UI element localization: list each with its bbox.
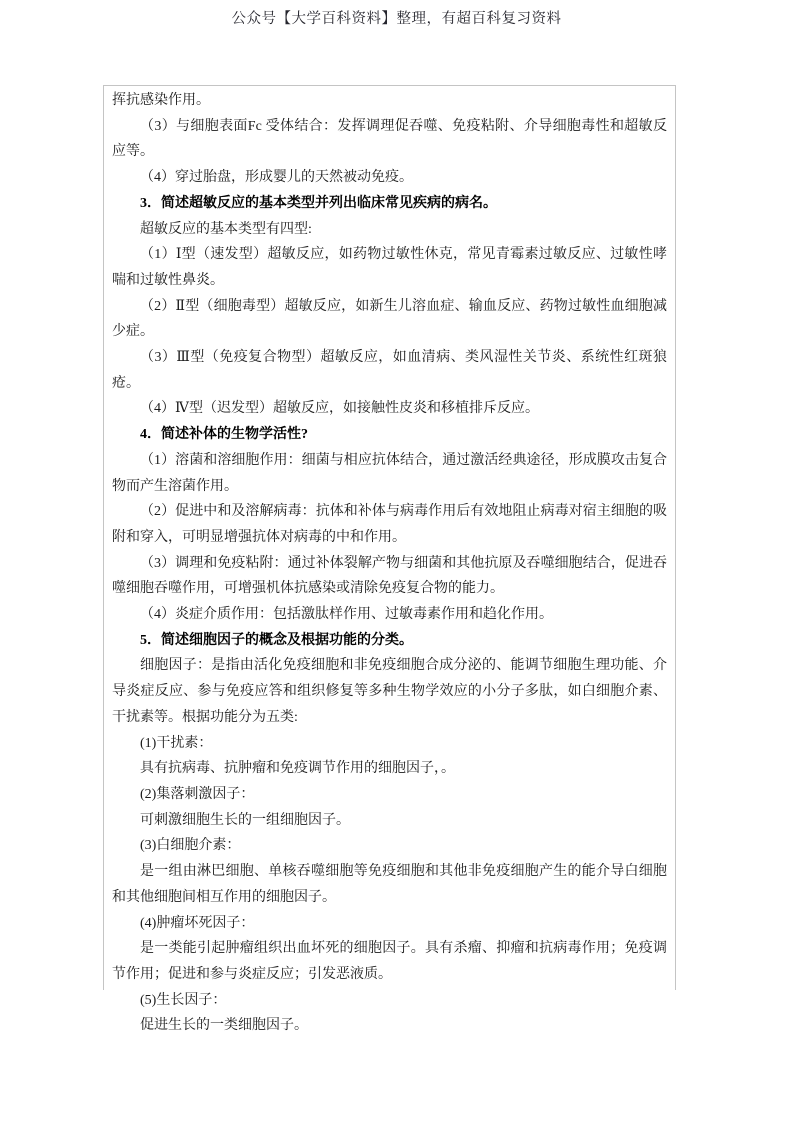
paragraph: 是一类能引起肿瘤组织出血坏死的细胞因子。具有杀瘤、抑瘤和抗病毒作用；免疫调节作用… [112, 936, 667, 987]
question-heading: 3．简述超敏反应的基本类型并列出临床常见疾病的病名。 [112, 191, 667, 217]
paragraph: （3）与细胞表面Fc 受体结合：发挥调理促吞噬、免疫粘附、介导细胞毒性和超敏反应… [112, 114, 667, 165]
paragraph: （2）Ⅱ型（细胞毒型）超敏反应，如新生儿溶血症、输血反应、药物过敏性血细胞减少症… [112, 294, 667, 345]
paragraph: （1）Ⅰ型（速发型）超敏反应，如药物过敏性休克，常见青霉素过敏反应、过敏性哮喘和… [112, 242, 667, 293]
paragraph: （3）Ⅲ型（免疫复合物型）超敏反应，如血清病、类风湿性关节炎、系统性红斑狼疮。 [112, 345, 667, 396]
paragraph: (3)白细胞介素： [112, 833, 667, 859]
paragraphs-container: 挥抗感染作用。（3）与细胞表面Fc 受体结合：发挥调理促吞噬、免疫粘附、介导细胞… [112, 88, 667, 1039]
question-heading: 5．简述细胞因子的概念及根据功能的分类。 [112, 628, 667, 654]
watermark-header: 公众号【大学百科资料】整理，有超百科复习资料 [0, 9, 793, 29]
paragraph: 是一组由淋巴细胞、单核吞噬细胞等免疫细胞和其他非免疫细胞产生的能介导白细胞和其他… [112, 859, 667, 910]
paragraph: (5)生长因子： [112, 988, 667, 1014]
paragraph: （4）穿过胎盘，形成婴儿的天然被动免疫。 [112, 165, 667, 191]
paragraph: 具有抗病毒、抗肿瘤和免疫调节作用的细胞因子，。 [112, 756, 667, 782]
paragraph: 细胞因子：是指由活化免疫细胞和非免疫细胞合成分泌的、能调节细胞生理功能、介导炎症… [112, 653, 667, 730]
paragraph: (4)肿瘤坏死因子： [112, 911, 667, 937]
paragraph: 超敏反应的基本类型有四型: [112, 217, 667, 243]
paragraph: （4）Ⅳ型（迟发型）超敏反应，如接触性皮炎和移植排斥反应。 [112, 396, 667, 422]
paragraph: 可刺激细胞生长的一组细胞因子。 [112, 808, 667, 834]
paragraph: (2)集落刺激因子： [112, 782, 667, 808]
paragraph: （2）促进中和及溶解病毒：抗体和补体与病毒作用后有效地阻止病毒对宿主细胞的吸附和… [112, 499, 667, 550]
paragraph: （4）炎症介质作用：包括激肽样作用、过敏毒素作用和趋化作用。 [112, 602, 667, 628]
paragraph: 挥抗感染作用。 [112, 88, 667, 114]
paragraph: (1)干扰素： [112, 731, 667, 757]
paragraph: （3）调理和免疫粘附：通过补体裂解产物与细菌和其他抗原及吞噬细胞结合，促进吞噬细… [112, 551, 667, 602]
question-heading: 4．简述补体的生物学活性? [112, 422, 667, 448]
document-page: 公众号【大学百科资料】整理，有超百科复习资料 挥抗感染作用。（3）与细胞表面Fc… [0, 0, 793, 1122]
paragraph: （1）溶菌和溶细胞作用：细菌与相应抗体结合，通过激活经典途径，形成膜攻击复合物而… [112, 448, 667, 499]
paragraph: 促进生长的一类细胞因子。 [112, 1013, 667, 1039]
document-body-cell: 挥抗感染作用。（3）与细胞表面Fc 受体结合：发挥调理促吞噬、免疫粘附、介导细胞… [103, 85, 676, 990]
